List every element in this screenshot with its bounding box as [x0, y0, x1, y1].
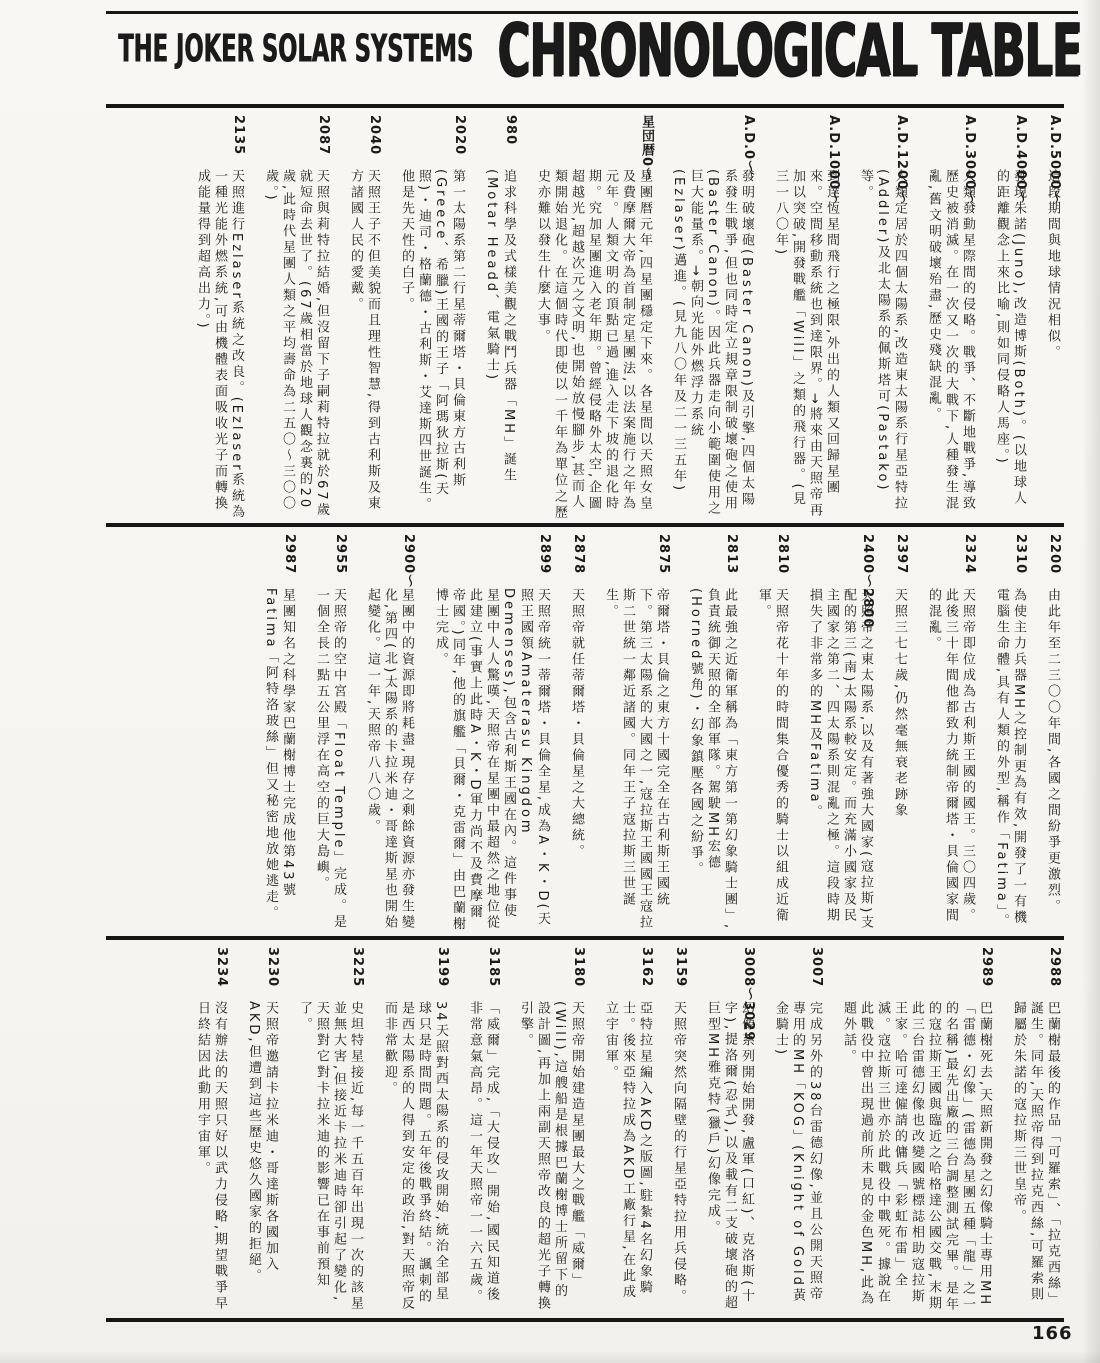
entry-text: 此最強之近衛軍稱為「東方第一第幻象騎士團」,負責統御天照的全部軍隊。駕駛MH宏德… [687, 588, 738, 934]
timeline-entry: 2087天照與莉特拉結婚,但沒留下子嗣莉特拉就於67歲就短命去世了。(67歲相當… [262, 115, 330, 523]
entry-text: 發現朱諾(Juno),改造博斯(Both)。(以地球人的距離觀念上來比喻,則如同… [993, 169, 1027, 521]
entry-year: A.D.0〜 [740, 115, 757, 174]
entry-year: 3007 [808, 947, 825, 987]
entry-text: 天照三七七歲,仍然毫無衰老跡象 [891, 588, 908, 934]
entry-year: 2955 [332, 534, 349, 574]
entry-text: 天照與莉特拉結婚,但沒留下子嗣莉特拉就於67歲就短命去世了。(67歲相當於地球人… [262, 169, 330, 521]
entry-text: 到達恆星間飛行之極限,外出的人類又回歸星團來。空間移動系統也到達限界。→將來由天… [772, 169, 840, 521]
timeline-entry: 2878天照帝就任蒂爾塔・貝倫星之大總統。 [568, 534, 585, 936]
timeline-entry: 2400〜2800天照帝之東太陽系,以及有著強大國家(寇拉斯)支配的第三(南)太… [806, 534, 874, 936]
timeline-entry: 2200由此年至二三〇〇年間,各國之間紛爭更激烈。 [1044, 534, 1061, 936]
entry-text: 第一太陽系第二行星蒂爾塔・貝倫東方古利斯(Greece、希臘)王國的王子「阿瑪狄… [398, 169, 466, 521]
timeline-band-2988-3234: 2988巴蘭榭最後的作品「可羅索」、「拉克西絲」誕生。同年,天照帝得到拉克西絲,… [106, 936, 1064, 1318]
entry-text: 星團暦元年,四星團穩定下來。各星間以天照女皇及費摩爾大帝為首制定星團法,以法案施… [534, 169, 653, 521]
timeline-entry: 2987星團知名之科學家巴蘭榭博士完成他第43號Fatima「阿特洛玻絲」但又秘… [262, 534, 296, 936]
timeline-band-2200-2987: 2200由此年至二三〇〇年間,各國之間紛爭更激烈。2310為使主力兵器MH之控制… [106, 523, 1064, 936]
entry-year: A.D.1200〜 [893, 115, 910, 204]
entry-year: 2020 [451, 115, 468, 155]
entry-year: 2324 [961, 534, 978, 574]
entry-text: 巴蘭榭最後的作品「可羅索」、「拉克西絲」誕生。同年,天照帝得到拉克西絲,可羅索則… [1010, 1001, 1061, 1315]
entry-year: 3185 [485, 947, 502, 987]
entry-year: 3234 [213, 947, 230, 987]
entry-text: 發明破壞砲(Baster Canon)及引擎,四個太陽系發生戰爭,但也同時定立規… [670, 169, 755, 521]
entry-text: 天照帝之東太陽系,以及有著強大國家(寇拉斯)支配的第三(南)太陽系較安定。而充滿… [806, 588, 874, 934]
entry-year: 3199 [434, 947, 451, 987]
timeline-entry: 2989巴蘭榭死去,天照新開發之幻像騎士專用MH「雷德・幻像」(雷德為星團五種「… [840, 947, 993, 1318]
timeline-entry: 3008〜3029幻像系列開始開發,盧軍(口紅)、克洛斯(十字),提洛爾(忍式)… [704, 947, 755, 1318]
entry-year: 2899 [536, 534, 553, 574]
timeline-entry: 2135天照進行Ezlaser系統之改良。(Ezlaser系統為一種光能外燃系統… [194, 115, 245, 523]
entry-year: 3008〜3029 [740, 947, 757, 1041]
entry-text: 星團知名之科學家巴蘭榭博士完成他第43號Fatima「阿特洛玻絲」但又秘密地放她… [262, 588, 296, 934]
timeline-entry: 2988巴蘭榭最後的作品「可羅索」、「拉克西絲」誕生。同年,天照帝得到拉克西絲,… [1010, 947, 1061, 1318]
timeline-entry: 星団暦0〜星團暦元年,四星團穩定下來。各星間以天照女皇及費摩爾大帝為首制定星團法… [534, 115, 653, 523]
entry-text: 「威爾」完成,「大侵攻」開始,國民知道後非常意氣高昂。這一年天照帝一一六五歲。 [466, 1001, 500, 1315]
entry-year: 2135 [230, 115, 247, 155]
entry-text: 人類發動星際間的侵略。戰爭、不斷地戰爭,導致歷史被消滅。在一次又一次的大戰下,人… [925, 169, 976, 521]
timeline-entry: 3234沒有辦法的天照只好以武力侵略,期望戰爭早日終結因此動用宇宙軍。 [194, 947, 228, 1318]
page-number: 166 [1032, 1323, 1073, 1344]
entry-text: 天照帝就任蒂爾塔・貝倫星之大總統。 [568, 588, 585, 934]
bottom-rule [106, 1318, 1064, 1322]
timeline-entry: 980追求科學及式樣美觀之戰鬥兵器「MH」誕生(Motar Headd、電氣騎士… [483, 115, 517, 523]
entry-text: 史坦特星接近,每一千五百年出現一次的該星並無大害,但接近卡拉米迪時卻引起了變化,… [296, 1001, 364, 1315]
entry-text: 天照王子不但美貌而且理性智慧,得到古利斯及東方諸國人民的愛戴。 [347, 169, 381, 521]
timeline-entry: A.D.1000〜到達恆星間飛行之極限,外出的人類又回歸星團來。空間移動系統也到… [772, 115, 840, 523]
entry-year: 3162 [638, 947, 655, 987]
entry-year: A.D.4000〜 [1012, 115, 1029, 204]
timeline-entry: 3230天照帝邀請卡拉米迪・哥達斯各國加入AKD,但遭到這些歷史悠久國家的拒絕。 [245, 947, 279, 1318]
entry-text: 這段期間與地球情況相似。 [1044, 169, 1061, 521]
entry-year: 3225 [349, 947, 366, 987]
timeline-entry: 2875帝爾塔・貝倫之東方十國完全在古利斯王國統下。第三太陽系的大國之一,寇拉斯… [602, 534, 670, 936]
entry-year: 2900〜 [400, 534, 417, 588]
entry-text: 巴蘭榭死去,天照新開發之幻像騎士專用MH「雷德・幻像」(雷德為星團五種「龍」之一… [840, 1001, 993, 1315]
timeline-entry: 2900〜星團中的資源即將耗盡,現存之剩餘資源亦發生變化,第四(北)太陽系的卡拉… [364, 534, 415, 936]
entry-text: 由此年至二三〇〇年間,各國之間紛爭更激烈。 [1044, 588, 1061, 934]
timeline-entry: 2310為使主力兵器MH之控制更為有效,開發了一有機電腦生命體,具有人類的外型,… [993, 534, 1027, 936]
entry-year: 2813 [723, 534, 740, 574]
entry-text: 天照帝開始建造星團最大之戰艦「威爾」(Will),這艘船是根據巴蘭榭博士所留下的… [517, 1001, 585, 1315]
entry-year: 2989 [978, 947, 995, 987]
entry-text: 為使主力兵器MH之控制更為有效,開發了一有機電腦生命體,具有人類的外型,稱作「F… [993, 588, 1027, 934]
timeline-entry: 2955天照帝的空中宮殿「Float Temple」完成。是一個全長二點五公里浮… [313, 534, 347, 936]
timeline-entry: 3162亞特拉星編入AKD之版圖,駐紮4名幻象騎士。後來亞特拉成為AKD工廠行星… [602, 947, 653, 1318]
timeline-entry: 2810天照帝花十年的時間集合優秀的騎士以組成近衛軍。 [755, 534, 789, 936]
entry-year: 2310 [1012, 534, 1029, 574]
timeline-entry: 2899天照帝統一蒂爾塔・貝倫全星,成為A・K・D(天照王國領Amaterasu… [432, 534, 551, 936]
timeline-entry: 2040天照王子不但美貌而且理性智慧,得到古利斯及東方諸國人民的愛戴。 [347, 115, 381, 523]
entry-year: 3159 [672, 947, 689, 987]
entry-text: 天照帝邀請卡拉米迪・哥達斯各國加入AKD,但遭到這些歷史悠久國家的拒絕。 [245, 1001, 279, 1315]
entry-text: 人類定居於四個太陽系,改造東太陽系行星亞特拉(Addler)及北太陽系的佩斯塔可… [857, 169, 908, 521]
entry-text: 天照帝突然向隔壁的行星亞特拉用兵侵略。 [670, 1001, 687, 1315]
entry-text: 帝爾塔・貝倫之東方十國完全在古利斯王國統下。第三太陽系的大國之一,寇拉斯王國國王… [602, 588, 670, 934]
entry-year: 980 [502, 115, 519, 145]
entry-year: 2040 [366, 115, 383, 155]
scan-edge-shadow-bottom [0, 1351, 1100, 1363]
entry-text: 天照帝花十年的時間集合優秀的騎士以組成近衛軍。 [755, 588, 789, 934]
timeline-entry: 319934天照對西太陽系的侵攻開始,統治全部星球只是時間問題。五年後戰爭終結。… [381, 947, 449, 1318]
entry-year: 2200 [1046, 534, 1063, 574]
entry-year: 2987 [281, 534, 298, 574]
timeline-entry: A.D.1200〜人類定居於四個太陽系,改造東太陽系行星亞特拉(Addler)及… [857, 115, 908, 523]
entry-year: A.D.1000〜 [825, 115, 842, 204]
entry-year: 3180 [570, 947, 587, 987]
timeline-entry: 2324天照帝即位成為古利斯王國的國王。三〇四歲。此後三十年間他都致力統制帝爾塔… [925, 534, 976, 936]
entry-year: 2875 [655, 534, 672, 574]
entry-text: 天照進行Ezlaser系統之改良。(Ezlaser系統為一種光能外燃系統,可由機… [194, 169, 245, 521]
entry-year: 2400〜2800 [859, 534, 876, 628]
timeline-entry: A.D.0〜發明破壞砲(Baster Canon)及引擎,四個太陽系發生戰爭,但… [670, 115, 755, 523]
entry-text: 天照帝即位成為古利斯王國的國王。三〇四歲。此後三十年間他都致力統制帝爾塔・貝倫國… [925, 588, 976, 934]
series-title: THE JOKER SOLAR SYSTEMS [118, 26, 473, 71]
timeline-entry: 3185「威爾」完成,「大侵攻」開始,國民知道後非常意氣高昂。這一年天照帝一一六… [466, 947, 500, 1318]
timeline-entry: A.D.4000〜發現朱諾(Juno),改造博斯(Both)。(以地球人的距離觀… [993, 115, 1027, 523]
entry-text: 天照帝統一蒂爾塔・貝倫全星,成為A・K・D(天照王國領Amaterasu Kin… [432, 588, 551, 934]
entry-text: 沒有辦法的天照只好以武力侵略,期望戰爭早日終結因此動用宇宙軍。 [194, 1001, 228, 1315]
timeline-entry: 2813此最強之近衛軍稱為「東方第一第幻象騎士團」,負責統御天照的全部軍隊。駕駛… [687, 534, 738, 936]
entry-text: 亞特拉星編入AKD之版圖,駐紮4名幻象騎士。後來亞特拉成為AKD工廠行星,在此成… [602, 1001, 653, 1315]
timeline-entry: 2020第一太陽系第二行星蒂爾塔・貝倫東方古利斯(Greece、希臘)王國的王子… [398, 115, 466, 523]
timeline-entry: 3007完成另外的38台雷德幻像,並且公開天照帝專用的MH「KOG」(Knigh… [772, 947, 823, 1318]
entry-year: 星団暦0〜 [638, 115, 655, 181]
entry-year: 2087 [315, 115, 332, 155]
timeline-entry: 3225史坦特星接近,每一千五百年出現一次的該星並無大害,但接近卡拉米迪時卻引起… [296, 947, 364, 1318]
entry-year: A.D.5000〜 [1046, 115, 1063, 204]
entry-text: 34天照對西太陽系的侵攻開始,統治全部星球只是時間問題。五年後戰爭終結。諷刺的是… [381, 1001, 449, 1315]
timeline-entry: 2397天照三七七歲,仍然毫無衰老跡象 [891, 534, 908, 936]
entry-text: 星團中的資源即將耗盡,現存之剩餘資源亦發生變化,第四(北)太陽系的卡拉米迪・哥達… [364, 588, 415, 934]
timeline-entry: A.D.5000〜這段期間與地球情況相似。 [1044, 115, 1061, 523]
timeline-entry: A.D.3000〜人類發動星際間的侵略。戰爭、不斷地戰爭,導致歷史被消滅。在一次… [925, 115, 976, 523]
entry-text: 完成另外的38台雷德幻像,並且公開天照帝專用的MH「KOG」(Knight of… [772, 1001, 823, 1315]
entry-year: 3230 [264, 947, 281, 987]
entry-text: 幻像系列開始開發,盧軍(口紅)、克洛斯(十字),提洛爾(忍式),以及載有二支破壞… [704, 1001, 755, 1315]
timeline-entry: 3159天照帝突然向隔壁的行星亞特拉用兵侵略。 [670, 947, 687, 1318]
entry-year: 2988 [1046, 947, 1063, 987]
entry-text: 天照帝的空中宮殿「Float Temple」完成。是一個全長二點五公里浮在高空的… [313, 588, 347, 934]
entry-year: A.D.3000〜 [961, 115, 978, 204]
timeline-entry: 3180天照帝開始建造星團最大之戰艦「威爾」(Will),這艘船是根據巴蘭榭博士… [517, 947, 585, 1318]
entry-year: 2878 [570, 534, 587, 574]
timeline-band-ad-era: A.D.5000〜這段期間與地球情況相似。A.D.4000〜發現朱諾(Juno)… [106, 104, 1064, 523]
scan-edge-shadow-right [1082, 0, 1100, 1363]
page-title: CHRONOLOGICAL TABLE [497, 9, 1081, 93]
entry-year: 2397 [893, 534, 910, 574]
entry-text: 追求科學及式樣美觀之戰鬥兵器「MH」誕生(Motar Headd、電氣騎士) [483, 169, 517, 521]
entry-year: 2810 [774, 534, 791, 574]
